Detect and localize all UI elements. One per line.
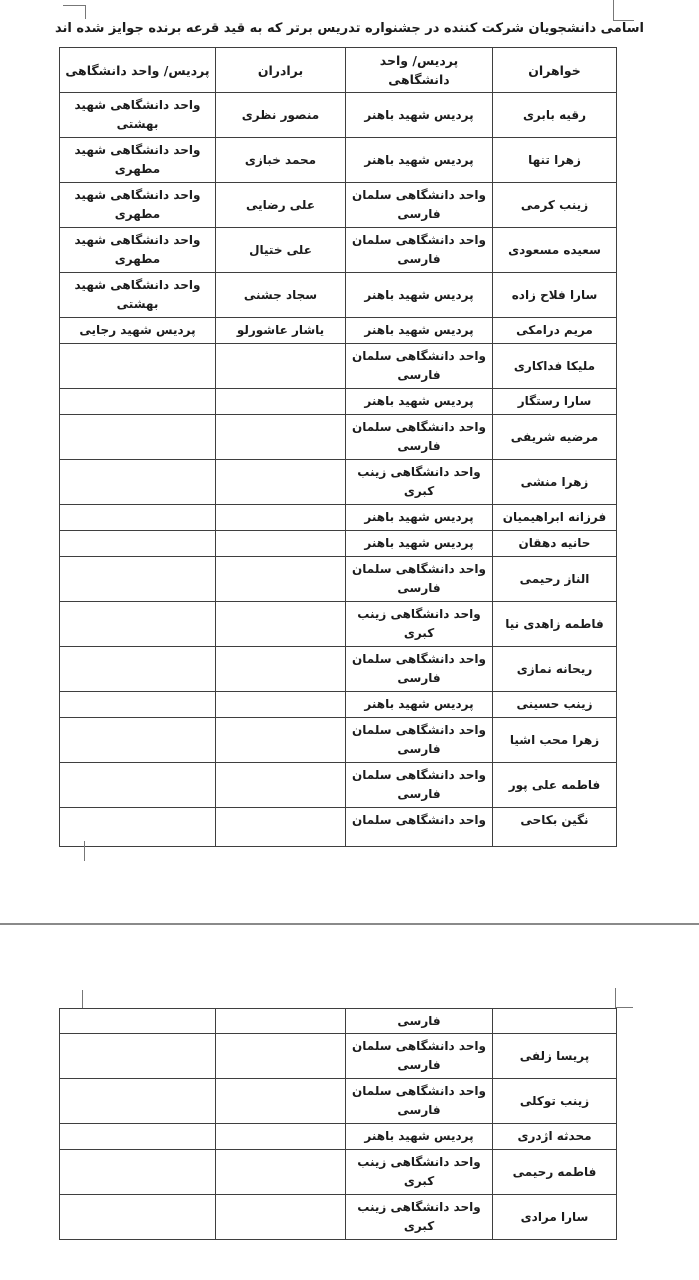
brother-name-cell [216, 1079, 346, 1124]
sister-campus-cell: واحد دانشگاهی سلمان فارسی [346, 557, 493, 602]
brother-name-cell [216, 1009, 346, 1034]
sister-campus-cell: پردیس شهید باهنر [346, 692, 493, 718]
brother-name-cell [216, 505, 346, 531]
table-row: الناز رحیمیواحد دانشگاهی سلمان فارسی [60, 557, 617, 602]
brother-campus-cell: پردیس شهید رجایی [60, 318, 216, 344]
table-row: زینب کرمیواحد دانشگاهی سلمان فارسیعلی رض… [60, 183, 617, 228]
brother-campus-cell [60, 1009, 216, 1034]
sister-campus-cell: واحد دانشگاهی سلمان فارسی [346, 183, 493, 228]
table-row: ریحانه نمازیواحد دانشگاهی سلمان فارسی [60, 647, 617, 692]
brother-name-cell [216, 602, 346, 647]
sister-name-cell: رقیه بابری [493, 93, 617, 138]
brother-name-cell: سجاد جشنی [216, 273, 346, 318]
sister-name-cell: سارا رستگار [493, 389, 617, 415]
brother-campus-cell [60, 718, 216, 763]
table-row: مریم درامکیپردیس شهید باهنریاشار عاشورلو… [60, 318, 617, 344]
sister-name-cell: زهرا منشی [493, 460, 617, 505]
brother-campus-cell [60, 1034, 216, 1079]
sister-name-cell: ملیکا فداکاری [493, 344, 617, 389]
students-table-page1: خواهرانپردیس/ واحد دانشگاهیبرادرانپردیس/… [59, 47, 617, 847]
brother-campus-cell [60, 557, 216, 602]
crop-mark-top-right-vertical [613, 0, 614, 20]
brother-campus-cell: واحد دانشگاهی شهید مطهری [60, 183, 216, 228]
sister-campus-cell: واحد دانشگاهی سلمان [346, 808, 493, 847]
brother-name-cell [216, 1034, 346, 1079]
brother-name-cell: محمد خبازی [216, 138, 346, 183]
crop-mark-top-left-vertical [85, 5, 86, 19]
sister-name-cell: سعیده مسعودی [493, 228, 617, 273]
sister-name-cell: پریسا زلفی [493, 1034, 617, 1079]
sister-name-cell: زینب حسینی [493, 692, 617, 718]
sister-name-cell: فرزانه ابراهیمیان [493, 505, 617, 531]
table-row: سعیده مسعودیواحد دانشگاهی سلمان فارسیعلی… [60, 228, 617, 273]
sister-campus-cell: پردیس شهید باهنر [346, 138, 493, 183]
table-row: فاطمه علی پورواحد دانشگاهی سلمان فارسی [60, 763, 617, 808]
crop-mark-page2-top-left-vertical [82, 990, 83, 1008]
brother-name-cell [216, 344, 346, 389]
sister-campus-cell: واحد دانشگاهی سلمان فارسی [346, 647, 493, 692]
sister-campus-cell: پردیس شهید باهنر [346, 93, 493, 138]
sister-name-cell [493, 1009, 617, 1034]
brother-name-cell: منصور نظری [216, 93, 346, 138]
brother-campus-cell [60, 1124, 216, 1150]
students-table-page2: فارسیپریسا زلفیواحد دانشگاهی سلمان فارسی… [59, 1008, 617, 1240]
sister-name-cell: فاطمه رحیمی [493, 1150, 617, 1195]
brother-campus-cell [60, 692, 216, 718]
sister-name-cell: الناز رحیمی [493, 557, 617, 602]
brother-campus-cell [60, 505, 216, 531]
column-header: پردیس/ واحد دانشگاهی [346, 48, 493, 93]
brother-campus-cell: واحد دانشگاهی شهید بهشتی [60, 93, 216, 138]
brother-name-cell [216, 557, 346, 602]
sister-name-cell: فاطمه زاهدی نیا [493, 602, 617, 647]
crop-mark-page2-top-right-vertical [615, 988, 616, 1008]
brother-campus-cell [60, 602, 216, 647]
table-row: رقیه بابریپردیس شهید باهنرمنصور نظریواحد… [60, 93, 617, 138]
sister-name-cell: نگین بکاحی [493, 808, 617, 847]
brother-campus-cell [60, 1079, 216, 1124]
table-row: فاطمه زاهدی نیاواحد دانشگاهی زینب کبری [60, 602, 617, 647]
page-separator-line [0, 923, 699, 925]
sister-name-cell: حانیه دهقان [493, 531, 617, 557]
table-row: ملیکا فداکاریواحد دانشگاهی سلمان فارسی [60, 344, 617, 389]
column-header: پردیس/ واحد دانشگاهی [60, 48, 216, 93]
brother-campus-cell: واحد دانشگاهی شهید مطهری [60, 228, 216, 273]
sister-name-cell: زینب توکلی [493, 1079, 617, 1124]
sister-name-cell: زهرا محب اشیا [493, 718, 617, 763]
brother-name-cell [216, 531, 346, 557]
crop-mark-bottom-left-vertical [84, 841, 85, 861]
sister-campus-cell: واحد دانشگاهی سلمان فارسی [346, 415, 493, 460]
sister-name-cell: مرضیه شریفی [493, 415, 617, 460]
sister-campus-cell: پردیس شهید باهنر [346, 531, 493, 557]
brother-name-cell [216, 1195, 346, 1240]
table-row: زهرا محب اشیاواحد دانشگاهی سلمان فارسی [60, 718, 617, 763]
table-row: زهرا منشیواحد دانشگاهی زینب کبری [60, 460, 617, 505]
table-row: سارا رستگارپردیس شهید باهنر [60, 389, 617, 415]
brother-name-cell: علی ختیال [216, 228, 346, 273]
sister-campus-cell: واحد دانشگاهی زینب کبری [346, 460, 493, 505]
column-header: خواهران [493, 48, 617, 93]
brother-campus-cell [60, 763, 216, 808]
table-row: سارا فلاح زادهپردیس شهید باهنرسجاد جشنیو… [60, 273, 617, 318]
sister-campus-cell: فارسی [346, 1009, 493, 1034]
sister-campus-cell: واحد دانشگاهی سلمان فارسی [346, 718, 493, 763]
sister-campus-cell: واحد دانشگاهی زینب کبری [346, 1150, 493, 1195]
table-row: پریسا زلفیواحد دانشگاهی سلمان فارسی [60, 1034, 617, 1079]
sister-campus-cell: پردیس شهید باهنر [346, 1124, 493, 1150]
sister-campus-cell: واحد دانشگاهی سلمان فارسی [346, 1079, 493, 1124]
table-row: فرزانه ابراهیمیانپردیس شهید باهنر [60, 505, 617, 531]
brother-name-cell [216, 1124, 346, 1150]
sister-name-cell: سارا فلاح زاده [493, 273, 617, 318]
crop-mark-top-left-horizontal [63, 5, 86, 6]
brother-campus-cell: واحد دانشگاهی شهید مطهری [60, 138, 216, 183]
brother-campus-cell [60, 808, 216, 847]
brother-name-cell [216, 460, 346, 505]
table-row: فارسی [60, 1009, 617, 1034]
sister-campus-cell: پردیس شهید باهنر [346, 505, 493, 531]
brother-campus-cell [60, 415, 216, 460]
brother-name-cell [216, 647, 346, 692]
table-row: محدثه اژدریپردیس شهید باهنر [60, 1124, 617, 1150]
brother-name-cell [216, 415, 346, 460]
brother-campus-cell: واحد دانشگاهی شهید بهشتی [60, 273, 216, 318]
brother-name-cell [216, 389, 346, 415]
table-row: حانیه دهقانپردیس شهید باهنر [60, 531, 617, 557]
sister-name-cell: فاطمه علی پور [493, 763, 617, 808]
table-row: سارا مرادیواحد دانشگاهی زینب کبری [60, 1195, 617, 1240]
sister-campus-cell: پردیس شهید باهنر [346, 318, 493, 344]
brother-campus-cell [60, 1195, 216, 1240]
scanned-document-page: { "document": { "title": "اسامی دانشجویا… [0, 0, 699, 1280]
table-row: نگین بکاحیواحد دانشگاهی سلمان [60, 808, 617, 847]
brother-name-cell [216, 808, 346, 847]
document-title: اسامی دانشجویان شرکت کننده در جشنواره تد… [0, 21, 699, 36]
brother-campus-cell [60, 647, 216, 692]
table-row: زینب توکلیواحد دانشگاهی سلمان فارسی [60, 1079, 617, 1124]
sister-name-cell: زهرا تنها [493, 138, 617, 183]
sister-campus-cell: واحد دانشگاهی سلمان فارسی [346, 228, 493, 273]
sister-campus-cell: واحد دانشگاهی سلمان فارسی [346, 763, 493, 808]
brother-campus-cell [60, 389, 216, 415]
sister-campus-cell: واحد دانشگاهی زینب کبری [346, 602, 493, 647]
sister-campus-cell: واحد دانشگاهی سلمان فارسی [346, 344, 493, 389]
crop-mark-page2-top-right-horizontal [615, 1007, 633, 1008]
table-row: زینب حسینیپردیس شهید باهنر [60, 692, 617, 718]
sister-campus-cell: واحد دانشگاهی زینب کبری [346, 1195, 493, 1240]
brother-name-cell [216, 1150, 346, 1195]
sister-name-cell: محدثه اژدری [493, 1124, 617, 1150]
brother-campus-cell [60, 344, 216, 389]
sister-name-cell: سارا مرادی [493, 1195, 617, 1240]
table-row: مرضیه شریفیواحد دانشگاهی سلمان فارسی [60, 415, 617, 460]
brother-campus-cell [60, 1150, 216, 1195]
sister-campus-cell: پردیس شهید باهنر [346, 273, 493, 318]
brother-name-cell [216, 763, 346, 808]
brother-campus-cell [60, 531, 216, 557]
sister-campus-cell: واحد دانشگاهی سلمان فارسی [346, 1034, 493, 1079]
brother-name-cell [216, 718, 346, 763]
brother-name-cell: یاشار عاشورلو [216, 318, 346, 344]
sister-name-cell: زینب کرمی [493, 183, 617, 228]
sister-name-cell: ریحانه نمازی [493, 647, 617, 692]
table-row: فاطمه رحیمیواحد دانشگاهی زینب کبری [60, 1150, 617, 1195]
sister-name-cell: مریم درامکی [493, 318, 617, 344]
brother-campus-cell [60, 460, 216, 505]
brother-name-cell: علی رضایی [216, 183, 346, 228]
table-row: زهرا تنهاپردیس شهید باهنرمحمد خبازیواحد … [60, 138, 617, 183]
column-header: برادران [216, 48, 346, 93]
sister-campus-cell: پردیس شهید باهنر [346, 389, 493, 415]
brother-name-cell [216, 692, 346, 718]
